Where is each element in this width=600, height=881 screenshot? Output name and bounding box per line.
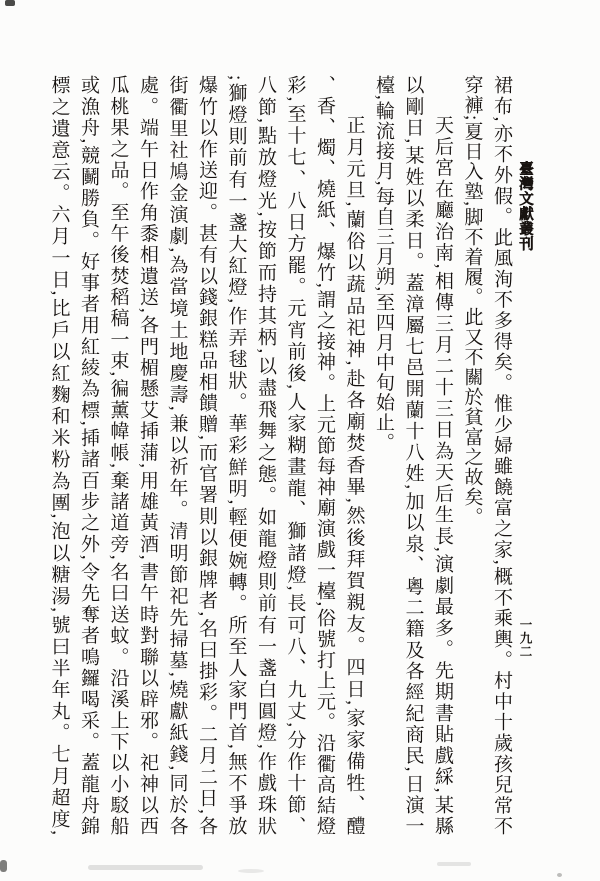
text-column: 瓜桃果之品。至午後焚稻稿一束,徧薰幃帳,棄諸道旁,名曰送蚊。沿溪上下以小駁船 (103, 75, 133, 835)
page-number: 一九二 (516, 618, 534, 668)
body-text: 裙布,亦不外假。此風洵不多得矣。惟少婦雖饒富之家,概不乘輿。村中十歲孩兒常不穿褲… (44, 75, 516, 835)
text-column: 標之遺意云。六月一日,比戶以紅麴和米粉為團,泡以糖湯,號曰半年丸。七月超度, (44, 75, 74, 835)
text-column: ;獅燈則前有一盞大紅燈,作弄毬狀。華彩鮮明,輕便婉轉。所至人家門首,無不爭放 (221, 75, 251, 835)
text-column: 以剛日,某姓以柔日。蓋漳屬七邑開蘭十八姓,加以泉、粵二籍及各經紀商民,日演一 (398, 75, 428, 835)
scan-artifact (0, 860, 7, 872)
series-title: 臺灣文獻叢刊 (515, 161, 536, 261)
text-column: 處。端午日作角黍相遺送,各門楣懸艾揷蒲,用雄黃酒,書午時對聯以辟邪。祀神以西 (133, 75, 163, 835)
text-column: 、香、燭、燒紙、爆竹,謂之接神。上元節每神廟演戲一檯,俗號打上元。沿衢高結燈 (310, 75, 340, 835)
text-column: 八節,點放燈光,按節而持其柄,以盡飛舞之態。如龍燈則前有一盞白圓燈,作戲珠狀 (251, 75, 281, 835)
book-page-scan: 臺灣文獻叢刊 一九二 裙布,亦不外假。此風洵不多得矣。惟少婦雖饒富之家,概不乘輿… (0, 0, 600, 881)
text-column: 裙布,亦不外假。此風洵不多得矣。惟少婦雖饒富之家,概不乘輿。村中十歲孩兒常不 (487, 75, 517, 835)
text-column: 穿褲;夏日入塾,脚不着履。此又不關於貧富之故矣。 (457, 75, 487, 835)
scan-artifact (88, 865, 203, 870)
scan-artifact (5, 0, 15, 6)
scan-artifact (238, 869, 264, 873)
text-column: 正月元旦,蘭俗以蔬品祀神,赴各廟焚香畢,然後拜賀親友。四日,家家備牲、醴 (339, 75, 369, 835)
scan-artifact (557, 873, 562, 877)
text-column: 檯,輪流接月,每自三月朔,至四月中旬始止。 (369, 75, 399, 835)
text-column: 爆竹以作送迎。甚有以錢銀糕品相饋贈,而官署則以銀牌者,名曰掛彩。二月二日,各 (192, 75, 222, 835)
scan-artifact (437, 862, 471, 866)
text-column: 彩,至十七、八日方罷。元宵前後,人家糊畫龍、獅諸燈,長可八、九丈,分作十節、 (280, 75, 310, 835)
text-column: 或漁舟,競鬭勝負。好事者用紅綾為標,揷諸百步之外,令先奪者鳴鑼喝采。蓋龍舟錦 (74, 75, 104, 835)
text-column: 街衢里社鳩金演劇,為當境土地慶壽,兼以祈年。清明節祀先掃墓,燒獻紙錢,同於各 (162, 75, 192, 835)
text-column: 天后宮在廳治南,相傳三月二十三日為天后生長,演劇最多。先期書貼戲綵,某縣 (428, 75, 458, 835)
